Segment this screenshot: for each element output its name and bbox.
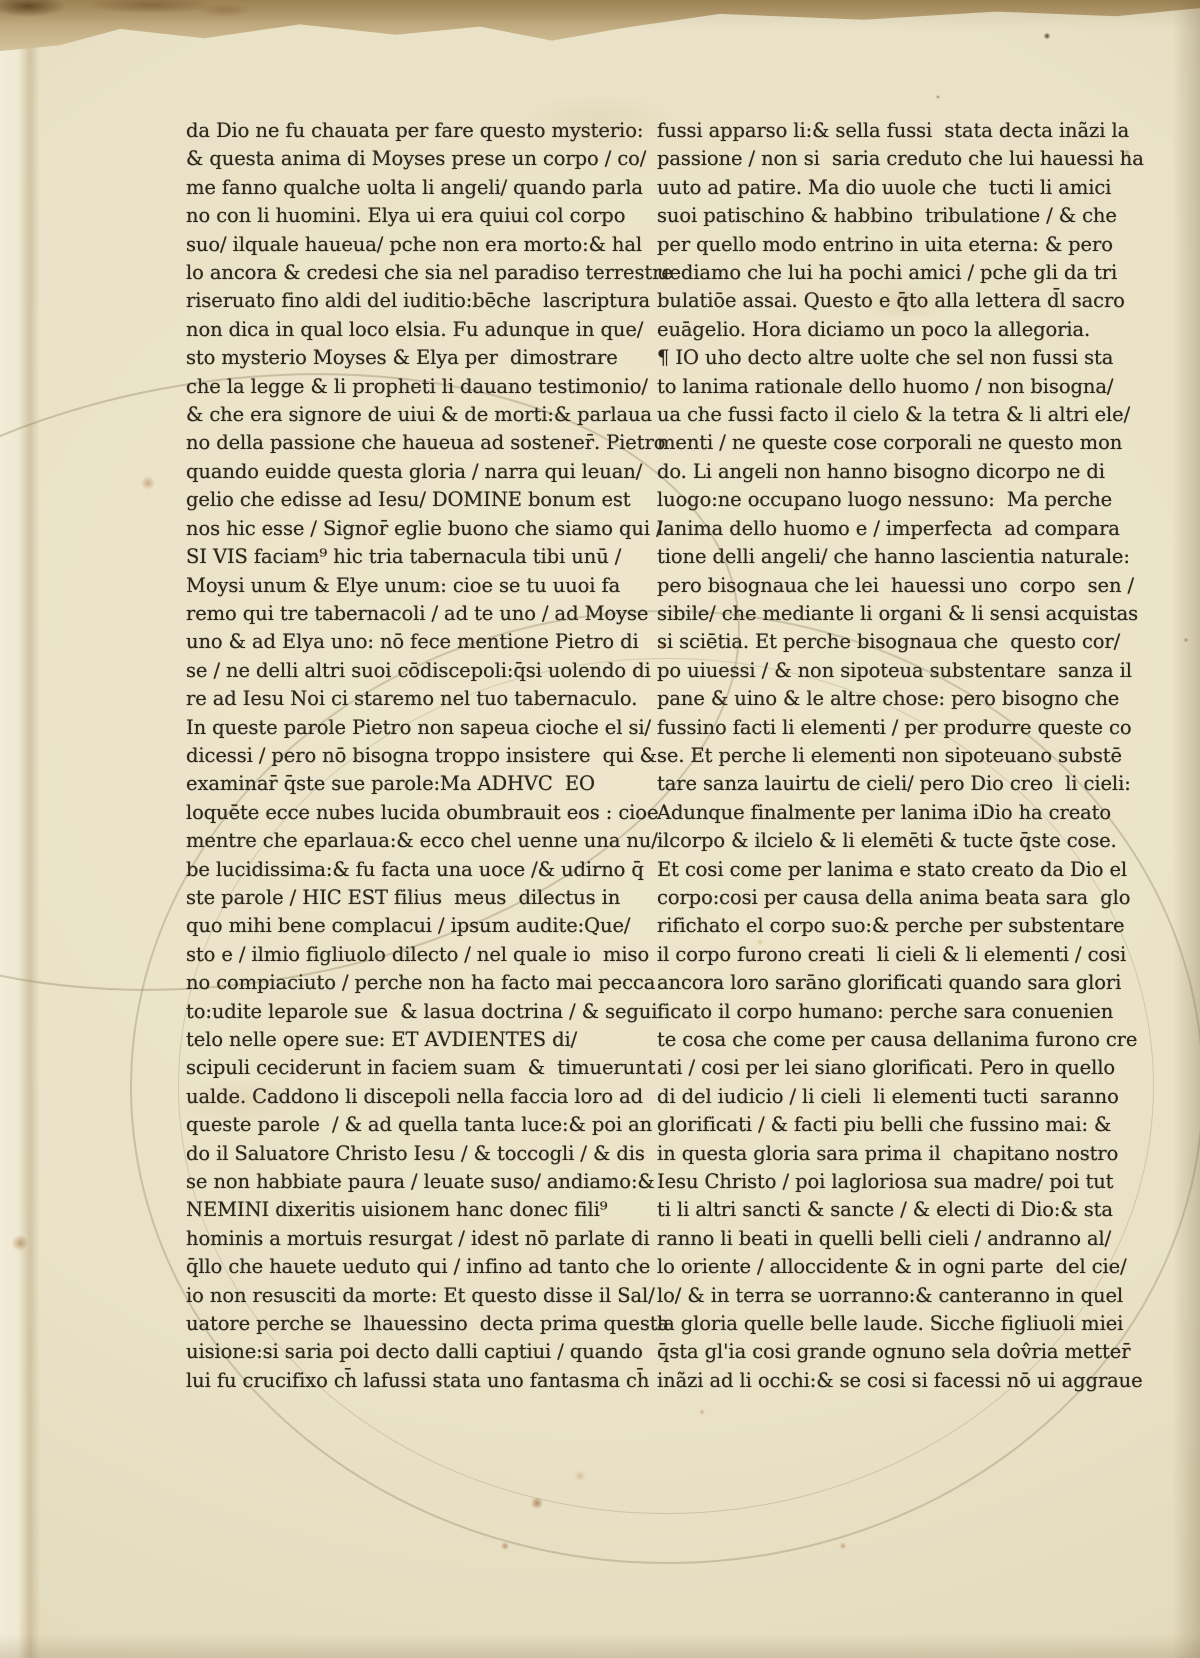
scanned-page: da Dio ne fu chauata per fare questo mys… xyxy=(0,0,1200,1658)
left-text-column: da Dio ne fu chauata per fare questo mys… xyxy=(186,117,658,1395)
top-left-corner-stains xyxy=(0,0,260,50)
page-fold-edge xyxy=(0,0,40,1658)
right-text-column: fussi apparso li:& sella fussi stata dec… xyxy=(657,117,1139,1395)
